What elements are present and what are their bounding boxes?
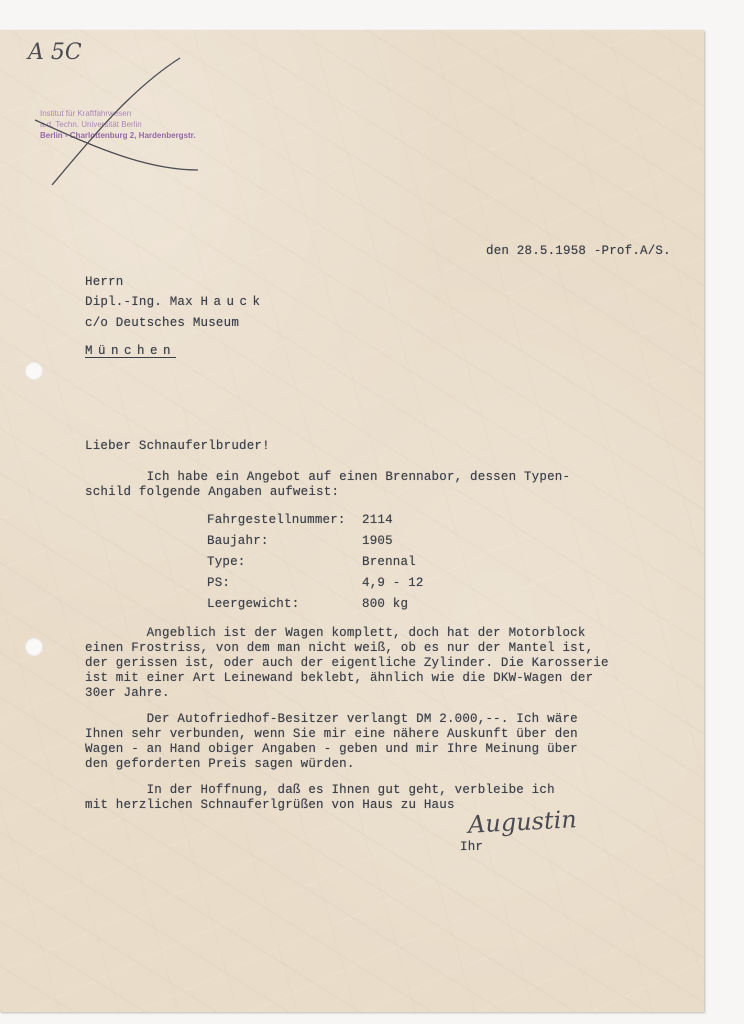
paragraph-4: In der Hoffnung, daß es Ihnen gut geht, … <box>85 783 555 813</box>
spec-label: PS: <box>207 576 230 591</box>
spec-label: Baujahr: <box>207 534 269 549</box>
recipient-care-of: c/o Deutsches Museum <box>85 316 239 331</box>
spec-label: Type: <box>207 555 246 570</box>
paragraph-3: Der Autofriedhof-Besitzer verlangt DM 2.… <box>85 712 578 772</box>
closing: Ihr <box>460 840 483 855</box>
text-line: einen Frostriss, von dem man nicht weiß,… <box>85 641 593 655</box>
spec-value: 1905 <box>362 534 393 549</box>
recipient-salutation: Herrn <box>85 275 124 290</box>
spec-value: 4,9 - 12 <box>362 576 424 591</box>
recipient-city: München <box>85 344 176 359</box>
recipient-name: Dipl.-Ing. Max Hauck <box>85 295 266 310</box>
spec-value: 800 kg <box>362 597 408 612</box>
recipient-title: Dipl.-Ing. Max <box>85 295 201 309</box>
paragraph-2: Angeblich ist der Wagen komplett, doch h… <box>85 626 609 701</box>
signature: Augustin <box>467 805 577 839</box>
spec-label: Leergewicht: <box>207 597 299 612</box>
cross-out-mark <box>30 50 210 195</box>
punch-hole <box>25 638 43 656</box>
text-line: der gerissen ist, oder auch der eigentli… <box>85 656 609 670</box>
text-line: Der Autofriedhof-Besitzer verlangt DM 2.… <box>85 712 578 726</box>
paragraph-1: Ich habe ein Angebot auf einen Brennabor… <box>85 470 570 500</box>
date-line: den 28.5.1958 -Prof.A/S. <box>486 244 671 259</box>
recipient-surname: Hauck <box>201 295 266 309</box>
text-line: Ihnen sehr verbunden, wenn Sie mir eine … <box>85 727 578 741</box>
punch-hole <box>25 362 43 380</box>
spec-value: Brennal <box>362 555 416 570</box>
text-line: Angeblich ist der Wagen komplett, doch h… <box>85 626 586 640</box>
spec-label: Fahrgestellnummer: <box>207 513 346 528</box>
text-line: Ich habe ein Angebot auf einen Brennabor… <box>85 470 570 484</box>
greeting: Lieber Schnauferlbruder! <box>85 439 270 454</box>
text-line: 30er Jahre. <box>85 686 170 700</box>
text-line: In der Hoffnung, daß es Ihnen gut geht, … <box>85 783 555 797</box>
text-line: ist mit einer Art Leinewand beklebt, ähn… <box>85 671 593 685</box>
text-line: schild folgende Angaben aufweist: <box>85 485 339 499</box>
text-line: mit herzlichen Schnauferlgrüßen von Haus… <box>85 798 455 812</box>
spec-value: 2114 <box>362 513 393 528</box>
letter-page: A 5C Institut für Kraftfahrwesen a.d. Te… <box>0 30 704 1012</box>
text-line: den geforderten Preis sagen würden. <box>85 757 355 771</box>
text-line: Wagen - an Hand obiger Angaben - geben u… <box>85 742 578 756</box>
